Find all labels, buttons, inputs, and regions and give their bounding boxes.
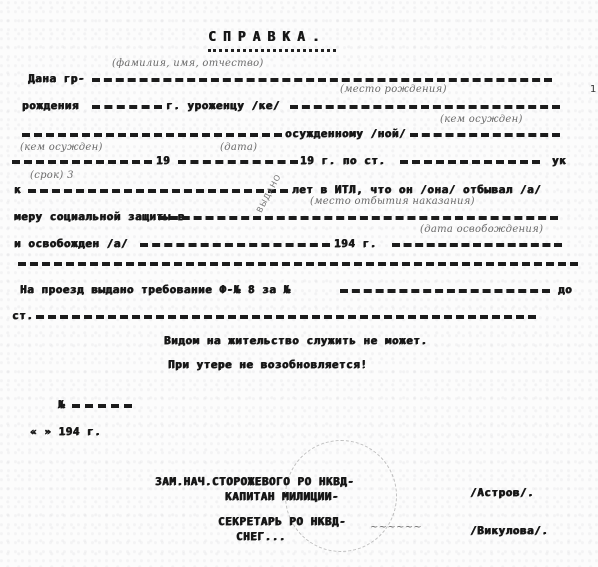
fill-line-10 bbox=[36, 315, 536, 319]
page-mark: 1 bbox=[590, 84, 596, 95]
fill-line-5a bbox=[28, 189, 288, 193]
issue-date: « » 194 г. bbox=[30, 425, 101, 438]
signature-1-name: /Астров/. bbox=[470, 486, 534, 499]
line-7-year: 194 г. bbox=[334, 237, 377, 250]
title-underline bbox=[208, 49, 336, 52]
fill-line-3b bbox=[410, 133, 560, 137]
notice-not-renewable: При утере не возобновляется! bbox=[168, 358, 367, 371]
diagonal-stamp: ВЫДАНО bbox=[255, 172, 283, 214]
line-9-label: На проезд выдано требование Ф-№ 8 за № bbox=[20, 283, 291, 296]
handwritten-name: (фамилия, имя, отчество) bbox=[112, 58, 264, 69]
line-4-num: 19 bbox=[156, 154, 170, 167]
handwritten-release: (дата освобождения) bbox=[420, 224, 543, 235]
issue-number-label: № bbox=[58, 398, 65, 411]
line-2-label-b: г. уроженцу /ке/ bbox=[166, 99, 280, 112]
fill-line-4c bbox=[400, 160, 540, 164]
line-10-label: ст. bbox=[12, 309, 33, 322]
line-4-uk: ук bbox=[552, 154, 566, 167]
handwritten-court: (кем осужден) bbox=[440, 114, 523, 125]
notice-not-residence-permit: Видом на жительство служить не может. bbox=[164, 334, 428, 347]
handwritten-date: (дата) bbox=[220, 142, 257, 153]
fill-line-7a bbox=[140, 243, 330, 247]
fill-line-7b bbox=[392, 243, 562, 247]
fill-line-2b bbox=[290, 105, 560, 109]
line-5-label: лет в ИТЛ, что он /она/ отбывал /а/ bbox=[292, 183, 541, 196]
line-1-label: Дана гр- bbox=[28, 72, 85, 85]
line-2-label: рождения bbox=[22, 99, 79, 112]
issue-number-line bbox=[72, 404, 132, 408]
fill-line-6 bbox=[158, 216, 558, 220]
handwritten-camp: (место отбытия наказания) bbox=[310, 196, 475, 207]
fill-line-4b bbox=[178, 160, 298, 164]
document-title: СПРАВКА. bbox=[208, 30, 327, 45]
line-4-label: 19 г. по ст. bbox=[300, 154, 385, 167]
signature-2-name: /Викулова/. bbox=[470, 524, 548, 537]
fill-line-3a bbox=[22, 133, 282, 137]
handwritten-birthplace: (место рождения) bbox=[340, 84, 447, 95]
fill-line-1 bbox=[92, 78, 552, 82]
line-9-do: до bbox=[558, 283, 572, 296]
handwritten-term: (срок) 3 bbox=[30, 170, 74, 181]
signature-2-position: СЕКРЕТАРЬ РО НКВД- bbox=[218, 515, 346, 528]
fill-line-9 bbox=[340, 289, 550, 293]
signature-2-rank: СНЕГ... bbox=[236, 530, 286, 543]
signature-1-rank: КАПИТАН МИЛИЦИИ- bbox=[225, 490, 339, 503]
handwritten-signature: ~~~~~~ bbox=[370, 522, 422, 533]
signature-1-position: ЗАМ.НАЧ.СТОРОЖЕВОГО РО НКВД- bbox=[155, 475, 354, 488]
fill-line-2a bbox=[92, 105, 162, 109]
fill-line-4a bbox=[12, 160, 152, 164]
line-7-label: и освобожден /а/ bbox=[14, 237, 128, 250]
handwritten-court-2: (кем осужден) bbox=[20, 142, 103, 153]
fill-line-8 bbox=[18, 262, 578, 266]
line-5-k: к bbox=[14, 183, 21, 196]
document-page: СПРАВКА. Дана гр- (фамилия, имя, отчеств… bbox=[0, 0, 598, 567]
line-3-label: осужденному /ной/ bbox=[285, 127, 406, 140]
